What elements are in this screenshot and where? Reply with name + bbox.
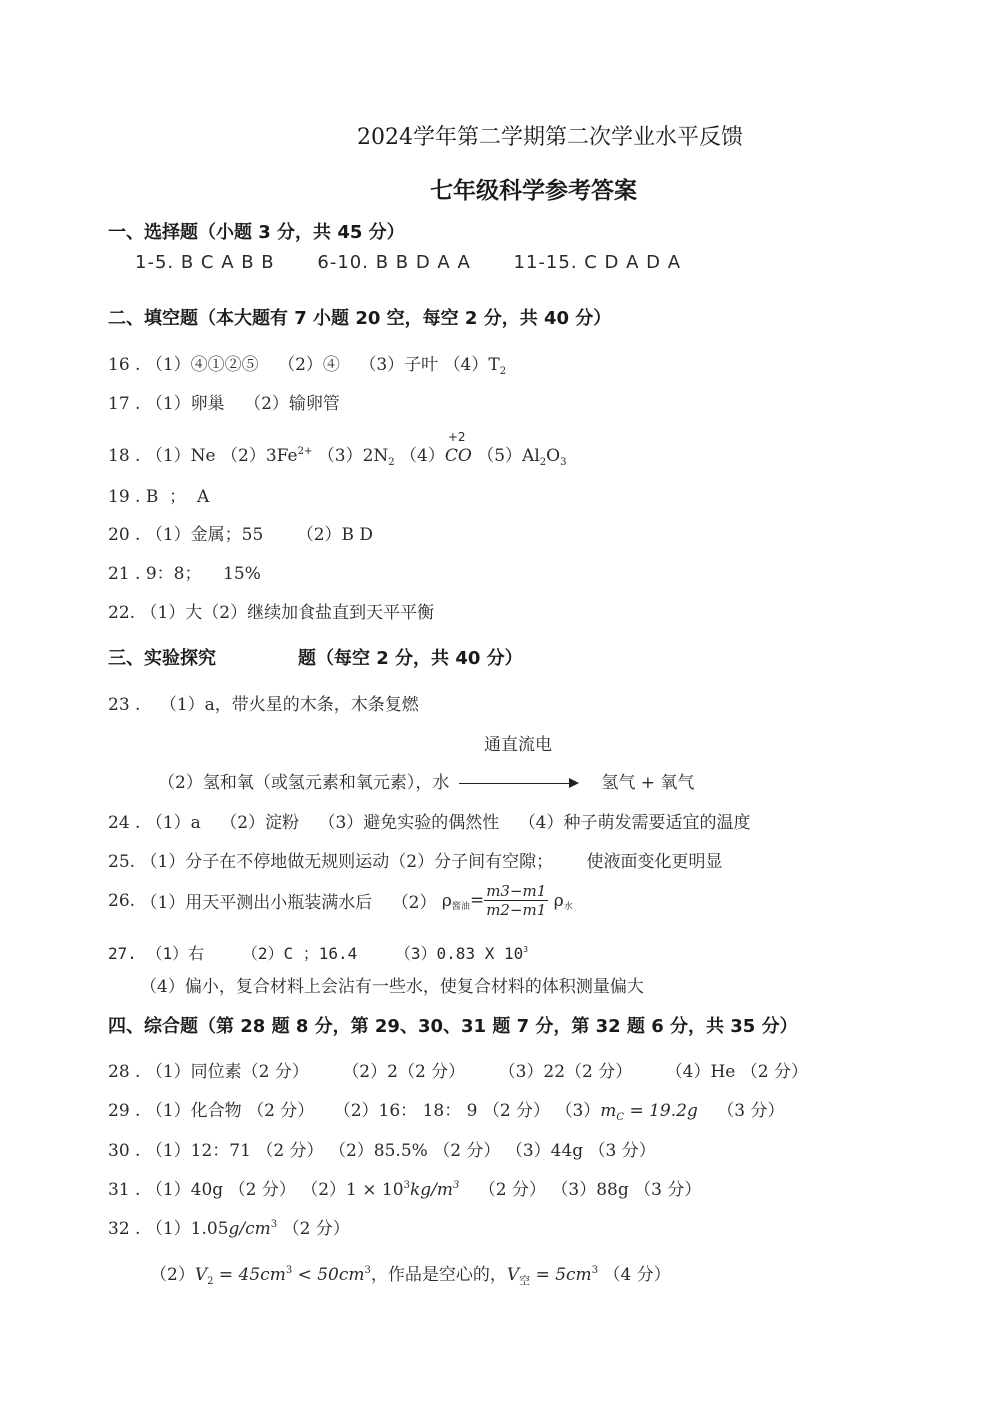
answer-q32-part1: 32 . （1）1.05g/cm3 （2 分） bbox=[108, 1214, 350, 1239]
answer-q23-part2: （2）氢和氧（或氢元素和氧元素），水氢气 + 氧气 bbox=[158, 768, 694, 793]
reaction-arrow-icon bbox=[459, 783, 577, 784]
answer-q27-line1: 27. （1）右 （2）C ；16.4 （3）0.83 X 103 bbox=[108, 941, 528, 964]
answer-q28: 28 . （1）同位素（2 分） （2）2（2 分） （3）22（2 分） （4… bbox=[108, 1057, 808, 1082]
mcq-group-6-10: 6-10. B B D A A bbox=[317, 252, 470, 273]
answer-q24: 24 . （1）a （2）淀粉 （3）避免实验的偶然性 （4）种子萌发需要适宜的… bbox=[108, 808, 751, 833]
answer-q19: 19 . B ； A bbox=[108, 482, 209, 507]
mcq-group-1-5: 1-5. B C A B B bbox=[135, 252, 275, 273]
document-title: 2024学年第二学期第二次学业水平反馈 bbox=[357, 120, 743, 151]
answer-q16: 16 . （1）④①②⑤ （2）④ （3）子叶 （4）T2 bbox=[108, 350, 506, 377]
answer-q32-part2: （2）V2 = 45cm3 < 50cm3，作品是空心的，V空 = 5cm3 （… bbox=[150, 1260, 671, 1288]
answer-q30: 30 . （1）12：71 （2 分） （2）85.5% （2 分） （3）44… bbox=[108, 1136, 656, 1161]
question-number: 27. bbox=[108, 944, 137, 963]
question-number: 17 . bbox=[108, 394, 140, 414]
section-heading-fill-in: 二、填空题（本大题有 7 小题 20 空，每空 2 分，共 40 分） bbox=[108, 304, 611, 330]
question-number: 24 . bbox=[108, 813, 140, 833]
question-number: 22. bbox=[108, 603, 135, 623]
answer-q25: 25. （1）分子在不停地做无规则运动（2）分子间有空隙； 使液面变化更明显 bbox=[108, 847, 723, 872]
answer-q26: 26. （1）用天平测出小瓶装满水后 （2） ρ酱油=m3−m1m2−m1 ρ水 bbox=[108, 882, 573, 919]
question-number: 23 . bbox=[108, 695, 140, 715]
section-heading-multiple-choice: 一、选择题（小题 3 分，共 45 分） bbox=[108, 218, 405, 244]
question-number: 19 . bbox=[108, 487, 140, 507]
answer-q22: 22. （1）大（2）继续加食盐直到天平平衡 bbox=[108, 598, 434, 623]
question-number: 31 . bbox=[108, 1180, 140, 1200]
section-heading-comprehensive: 四、综合题（第 28 题 8 分，第 29、30、31 题 7 分，第 32 题… bbox=[108, 1012, 798, 1038]
question-number: 28 . bbox=[108, 1062, 140, 1082]
question-number: 18 . bbox=[108, 446, 140, 466]
answer-q27-line2: （4）偏小，复合材料上会沾有一些水，使复合材料的体积测量偏大 bbox=[140, 972, 644, 997]
question-number: 30 . bbox=[108, 1141, 140, 1161]
mcq-group-11-15: 11-15. C D A D A bbox=[514, 252, 682, 273]
question-number: 25. bbox=[108, 852, 135, 872]
question-number: 20 . bbox=[108, 525, 140, 545]
question-number: 16 . bbox=[108, 355, 140, 375]
question-number: 21 . bbox=[108, 564, 140, 584]
density-fraction: m3−m1m2−m1 bbox=[484, 882, 548, 919]
reaction-condition: 通直流电 bbox=[484, 730, 552, 755]
answer-q31: 31 . （1）40g （2 分） （2）1 × 103kg/m3 （2 分） … bbox=[108, 1175, 701, 1200]
valence-formula: +2CO bbox=[445, 446, 472, 466]
question-number: 26. bbox=[108, 891, 135, 911]
answer-q18: 18 . （1）Ne （2）3Fe2+ （3）2N2 （4）+2CO （5）Al… bbox=[108, 441, 566, 468]
multiple-choice-answers: 1-5. B C A B B 6-10. B B D A A 11-15. C … bbox=[135, 252, 717, 273]
answer-q20: 20 . （1）金属；55 （2）B D bbox=[108, 520, 373, 545]
document-subtitle: 七年级科学参考答案 bbox=[430, 172, 637, 205]
answer-q17: 17 . （1）卵巢 （2）输卵管 bbox=[108, 389, 340, 414]
question-number: 29 . bbox=[108, 1101, 140, 1121]
answer-q23-part1: 23 . （1）a，带火星的木条，木条复燃 bbox=[108, 690, 419, 715]
answer-q21: 21 . 9：8； 15% bbox=[108, 559, 261, 584]
question-number: 32 . bbox=[108, 1219, 140, 1239]
section-heading-experiment: 三、实验探究题（每空 2 分，共 40 分） bbox=[108, 644, 523, 670]
answer-q29: 29 . （1）化合物 （2 分） （2）16： 18： 9 （2 分） （3）… bbox=[108, 1096, 785, 1123]
